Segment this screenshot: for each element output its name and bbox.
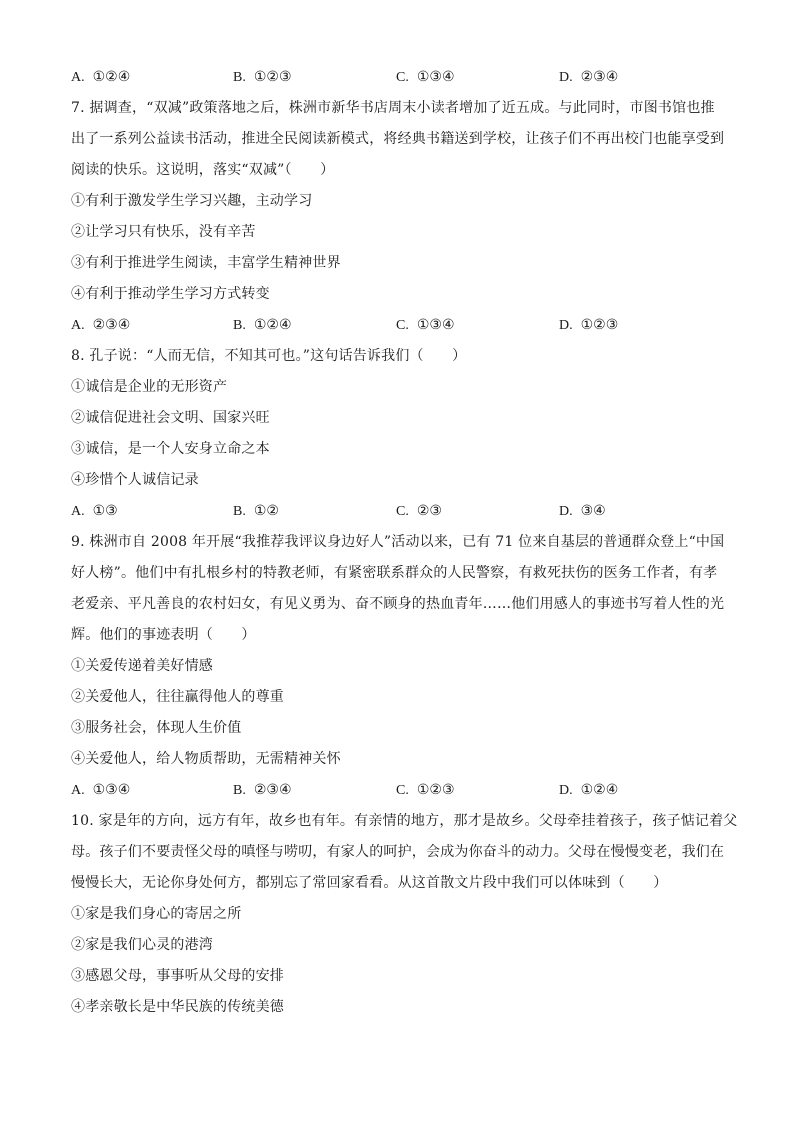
- option-d: D.①②④: [559, 775, 618, 806]
- answer-options: A.①③④ B.②③④ C.①②③ D.①②④: [71, 775, 726, 806]
- option-d: D.②③④: [559, 62, 618, 93]
- question-stem-line: 9. 株洲市自 2008 年开展“我推荐我评议身边好人”活动以来，已有 71 位…: [71, 527, 726, 558]
- question-stem-line: 老爱亲、平凡善良的农村妇女，有见义勇为、奋不顾身的热血青年……他们用感人的事迹书…: [71, 589, 726, 620]
- answer-options: A.①③ B.①② C.②③ D.③④: [71, 496, 726, 527]
- statement-2: ②诚信促进社会文明、国家兴旺: [71, 403, 726, 434]
- option-b: B.①②③: [233, 62, 292, 93]
- question-10: 10. 家是年的方向，远方有年，故乡也有年。有亲情的地方，那才是故乡。父母牵挂着…: [71, 806, 726, 1023]
- question-stem-line: 母。孩子们不要责怪父母的嗔怪与唠叨，有家人的呵护，会成为你奋斗的动力。父母在慢慢…: [71, 837, 726, 868]
- option-d: D.③④: [559, 496, 606, 527]
- exam-page: A.①②④ B.①②③ C.①③④ D.②③④ 7. 据调查，“双减”政策落地之…: [71, 62, 726, 1023]
- option-a: A.①③: [71, 496, 118, 527]
- question-stem-line: 好人榜”。他们中有扎根乡村的特教老师，有紧密联系群众的人民警察，有救死扶伤的医务…: [71, 558, 726, 589]
- statement-1: ①家是我们身心的寄居之所: [71, 899, 726, 930]
- option-c: C.①②③: [396, 775, 455, 806]
- statement-1: ①诚信是企业的无形资产: [71, 372, 726, 403]
- question-stem-line: 8. 孔子说：“人而无信，不知其可也。”这句话告诉我们（ ）: [71, 341, 726, 372]
- statement-4: ④有利于推动学生学习方式转变: [71, 279, 726, 310]
- statement-2: ②家是我们心灵的港湾: [71, 930, 726, 961]
- statement-3: ③诚信，是一个人安身立命之本: [71, 434, 726, 465]
- statement-2: ②关爱他人，往往赢得他人的尊重: [71, 682, 726, 713]
- option-a: A.①③④: [71, 775, 130, 806]
- statement-4: ④关爱他人，给人物质帮助，无需精神关怀: [71, 744, 726, 775]
- option-c: C.②③: [396, 496, 442, 527]
- question-stem-line: 10. 家是年的方向，远方有年，故乡也有年。有亲情的地方，那才是故乡。父母牵挂着…: [71, 806, 726, 837]
- statement-1: ①有利于激发学生学习兴趣，主动学习: [71, 186, 726, 217]
- option-b: B.①②④: [233, 310, 292, 341]
- statement-4: ④珍惜个人诚信记录: [71, 465, 726, 496]
- statement-2: ②让学习只有快乐，没有辛苦: [71, 217, 726, 248]
- option-d: D.①②③: [559, 310, 618, 341]
- option-b: B.②③④: [233, 775, 292, 806]
- option-b: B.①②: [233, 496, 279, 527]
- question-7: 7. 据调查，“双减”政策落地之后，株洲市新华书店周末小读者增加了近五成。与此同…: [71, 93, 726, 341]
- question-stem-line: 慢慢长大，无论你身处何方，都别忘了常回家看看。从这首散文片段中我们可以体味到（ …: [71, 868, 726, 899]
- statement-1: ①关爱传递着美好情感: [71, 651, 726, 682]
- option-a: A.①②④: [71, 62, 130, 93]
- question-stem-line: 出了一系列公益读书活动，推进全民阅读新模式，将经典书籍送到学校，让孩子们不再出校…: [71, 124, 726, 155]
- question-9: 9. 株洲市自 2008 年开展“我推荐我评议身边好人”活动以来，已有 71 位…: [71, 527, 726, 806]
- option-c: C.①③④: [396, 310, 455, 341]
- prev-question-options: A.①②④ B.①②③ C.①③④ D.②③④: [71, 62, 726, 93]
- statement-4: ④孝亲敬长是中华民族的传统美德: [71, 992, 726, 1023]
- answer-options: A.②③④ B.①②④ C.①③④ D.①②③: [71, 310, 726, 341]
- statement-3: ③服务社会，体现人生价值: [71, 713, 726, 744]
- statement-3: ③感恩父母，事事听从父母的安排: [71, 961, 726, 992]
- question-stem-line: 辉。他们的事迹表明（ ）: [71, 620, 726, 651]
- statement-3: ③有利于推进学生阅读，丰富学生精神世界: [71, 248, 726, 279]
- question-stem-line: 7. 据调查，“双减”政策落地之后，株洲市新华书店周末小读者增加了近五成。与此同…: [71, 93, 726, 124]
- question-8: 8. 孔子说：“人而无信，不知其可也。”这句话告诉我们（ ） ①诚信是企业的无形…: [71, 341, 726, 527]
- option-c: C.①③④: [396, 62, 455, 93]
- option-a: A.②③④: [71, 310, 130, 341]
- question-stem-line: 阅读的快乐。这说明，落实“双减”（ ）: [71, 155, 726, 186]
